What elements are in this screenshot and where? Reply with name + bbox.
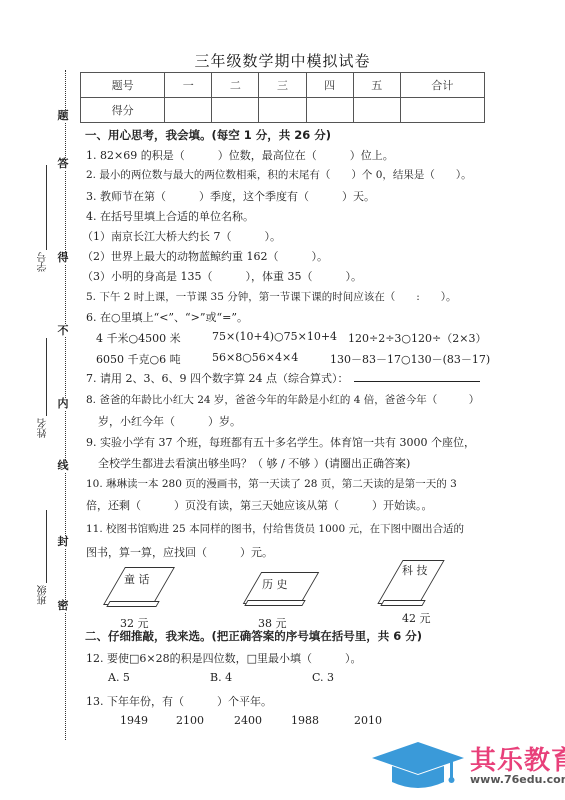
class-field[interactable]: [46, 510, 47, 583]
class-label: 班级: [36, 585, 51, 605]
header-cell: 一: [165, 73, 212, 98]
book-science[interactable]: 科 技 42 元: [372, 558, 472, 614]
question-10-line-2: 倍，还剩（ ）页没有读，第三天她应该从第（ ）开始读。。: [86, 497, 433, 513]
question-1: 1. 82×69 的积是（ ）位数，最高位在（ ）位上。: [86, 147, 394, 163]
book-title: 科 技: [402, 562, 428, 578]
score-cell[interactable]: [353, 98, 400, 123]
score-table: 题号 一 二 三 四 五 合计 得分: [80, 72, 485, 123]
book-spine: [380, 600, 425, 606]
question-11-line-1: 11. 校图书馆购进 25 本同样的图书，付给售货员 1000 元，在下图中圈出…: [86, 521, 464, 536]
student-id-field[interactable]: [46, 165, 47, 250]
answer-line[interactable]: [354, 381, 480, 382]
name-label: 姓名: [36, 418, 51, 438]
question-4-1: （1）南京长江大桥大约长 7（ ）。: [82, 228, 281, 244]
year-item: 2400: [234, 714, 262, 727]
seal-word: 不: [57, 325, 69, 337]
question-10-line-1: 10. 琳琳读一本 280 页的漫画书，第一天读了 28 页，第二天读的是第一天…: [86, 476, 457, 491]
question-5: 5. 下午 2 时上课，一节课 35 分钟，第一节课下课的时间应该在（ : ）。: [86, 289, 457, 304]
book-title: 童 话: [124, 571, 150, 587]
compare-item: 120÷2÷3○120÷（2×3）: [348, 330, 486, 346]
page-title: 三年级数学期中模拟试卷: [0, 50, 565, 71]
score-table-score-row: 得分: [81, 98, 485, 123]
question-9-line-2: 全校学生都进去看演出够坐吗？（ 够 / 不够 ）(请圈出正确答案): [98, 455, 410, 471]
graduation-cap-icon: [370, 742, 465, 790]
brand-url: www.76edu.com: [470, 773, 565, 786]
compare-item: 56×8○56×4×4: [212, 351, 298, 364]
watermark-logo: 其乐教育 www.76edu.com: [370, 740, 560, 790]
seal-word: 答: [57, 158, 69, 170]
seal-word: 线: [57, 460, 69, 472]
score-cell[interactable]: [306, 98, 353, 123]
header-cell: 题号: [81, 73, 165, 98]
question-4: 4. 在括号里填上合适的单位名称。: [86, 208, 254, 224]
book-price: 42 元: [402, 610, 431, 626]
name-field[interactable]: [46, 338, 47, 416]
header-cell: 合计: [400, 73, 484, 98]
seal-word: 内: [57, 398, 69, 410]
question-13: 13. 下年年份，有（ ）个平年。: [86, 693, 272, 709]
option-c: C. 3: [312, 671, 334, 684]
question-9-line-1: 9. 实验小学有 37 个班，每班都有五十多名学生。体育馆一共有 3000 个座…: [86, 434, 475, 450]
question-8-line-2: 岁，小红今年（ ）岁。: [98, 413, 241, 429]
score-cell[interactable]: [400, 98, 484, 123]
compare-item: 75×(10+4)○75×10+4: [212, 330, 337, 343]
seal-word: 密: [57, 600, 69, 612]
score-cell[interactable]: [259, 98, 306, 123]
header-cell: 二: [212, 73, 259, 98]
header-cell: 四: [306, 73, 353, 98]
section-1-heading: 一、用心思考，我会填。(每空 1 分，共 26 分): [85, 127, 331, 143]
year-item: 1988: [291, 714, 319, 727]
question-12: 12. 要使□6×28的积是四位数，□里最小填（ ）。: [86, 650, 362, 666]
student-id-label: 学号: [36, 252, 51, 272]
year-item: 2100: [176, 714, 204, 727]
brand-name: 其乐教育: [470, 740, 565, 777]
question-11-line-2: 图书，算一算，应找回（ ）元。: [86, 544, 273, 560]
score-table-header-row: 题号 一 二 三 四 五 合计: [81, 73, 485, 98]
year-item: 2010: [354, 714, 382, 727]
row-label: 得分: [81, 98, 165, 123]
book-spine: [106, 601, 159, 607]
question-3: 3. 教师节在第（ ）季度，这个季度有（ ）天。: [86, 188, 375, 204]
compare-item: 130－83－17○130－(83－17): [330, 351, 490, 367]
question-4-3: （3）小明的身高是 135（ ），体重 35（ ）。: [82, 268, 362, 284]
compare-item: 4 千米○4500 米: [96, 330, 181, 346]
score-cell[interactable]: [165, 98, 212, 123]
score-cell[interactable]: [212, 98, 259, 123]
compare-item: 6050 千克○6 吨: [96, 351, 181, 367]
year-item: 1949: [120, 714, 148, 727]
book-history[interactable]: 历 史 38 元: [238, 568, 338, 618]
question-8-line-1: 8. 爸爸的年龄比小红大 24 岁，爸爸今年的年龄是小红的 4 倍，爸爸今年（ …: [86, 392, 479, 407]
header-cell: 五: [353, 73, 400, 98]
book-fairy-tale[interactable]: 童 话 32 元: [100, 563, 200, 613]
seal-word: 封: [57, 536, 69, 548]
question-7: 7. 请用 2、3、6、9 四个数字算 24 点（综合算式）：: [86, 370, 348, 386]
option-a: A. 5: [108, 671, 130, 684]
question-6: 6. 在○里填上“<”、“>”或“=”。: [86, 309, 248, 325]
book-spine: [244, 600, 305, 606]
book-title: 历 史: [262, 576, 288, 592]
seal-word: 题: [57, 110, 69, 122]
option-b: B. 4: [210, 671, 232, 684]
seal-word: 得: [57, 252, 69, 264]
section-2-heading: 二、仔细推敲，我来选。(把正确答案的序号填在括号里，共 6 分): [85, 628, 422, 644]
header-cell: 三: [259, 73, 306, 98]
question-2: 2. 最小的两位数与最大的两位数相乘，积的末尾有（ ）个 0，结果是（ ）。: [86, 167, 472, 182]
question-4-2: （2）世界上最大的动物蓝鲸约重 162（ ）。: [82, 248, 328, 264]
